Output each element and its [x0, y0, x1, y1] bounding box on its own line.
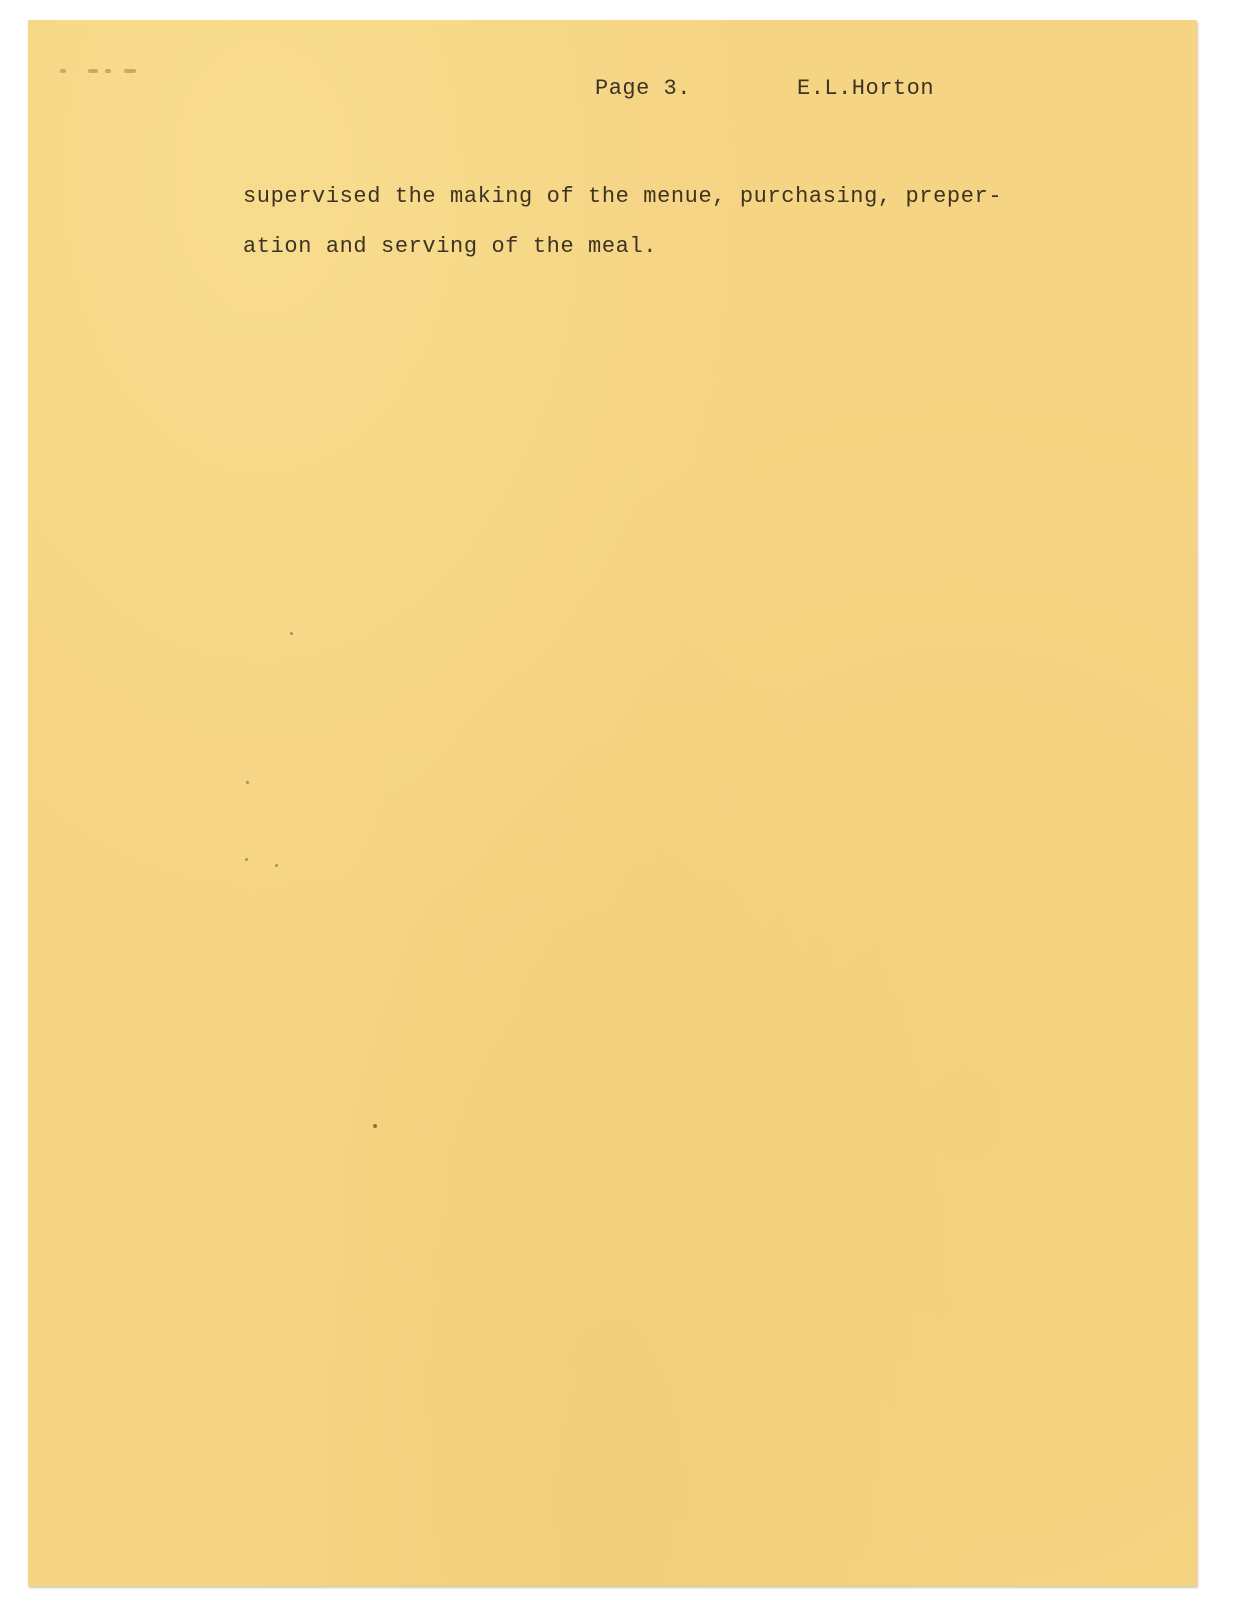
body-line: supervised the making of the menue, purc…	[243, 172, 1002, 222]
staple-holes	[60, 69, 170, 77]
body-paragraph: supervised the making of the menue, purc…	[243, 172, 1002, 272]
paper-speck	[246, 781, 249, 784]
body-line: ation and serving of the meal.	[243, 222, 1002, 272]
paper-speck	[245, 858, 248, 861]
paper-speck	[290, 632, 293, 635]
paper-speck	[275, 864, 278, 867]
page-number: Page 3.	[595, 76, 691, 101]
paper-speck	[373, 1124, 377, 1128]
author-name: E.L.Horton	[797, 76, 934, 101]
